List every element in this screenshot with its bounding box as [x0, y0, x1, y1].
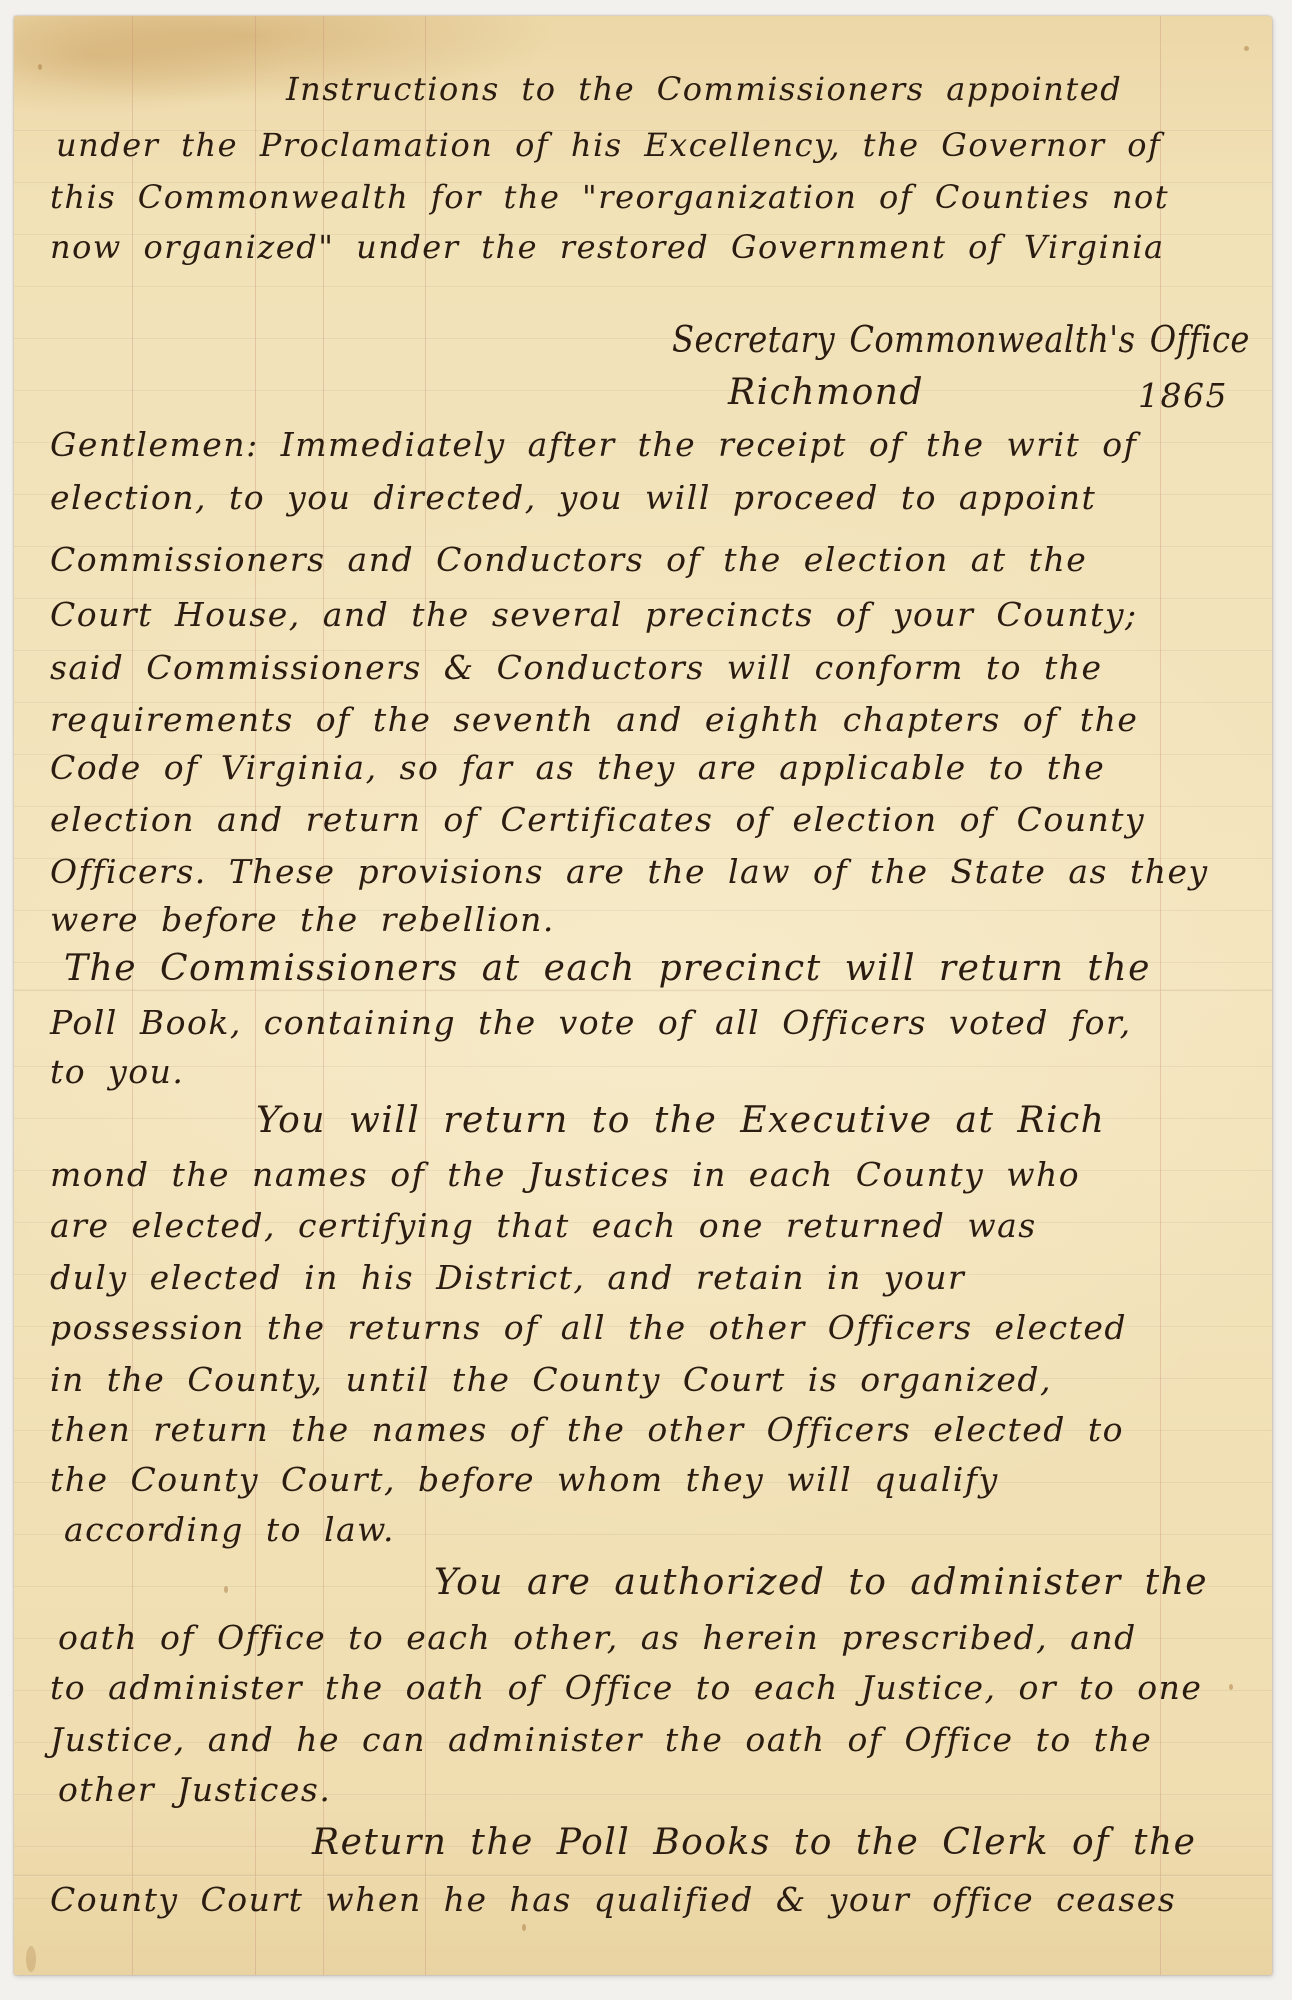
body-line: You are authorized to administer the: [434, 1562, 1208, 1603]
paper-fold: [14, 989, 1272, 992]
body-line: according to law.: [64, 1510, 395, 1549]
body-line: Poll Book, containing the vote of all Of…: [50, 1003, 1132, 1042]
body-line: Court House, and the several precincts o…: [50, 595, 1138, 634]
body-line: other Justices.: [58, 1770, 331, 1809]
body-line: election, to you directed, you will proc…: [50, 478, 1096, 517]
paper-speck: [38, 64, 42, 70]
body-line: Return the Poll Books to the Clerk of th…: [312, 1822, 1196, 1863]
body-line: duly elected in his District, and retain…: [50, 1258, 965, 1297]
body-line: Code of Virginia, so far as they are app…: [50, 748, 1105, 787]
body-line: Officers. These provisions are the law o…: [50, 852, 1209, 891]
title-line: under the Proclamation of his Excellency…: [56, 126, 1161, 164]
paper-speck: [1229, 1684, 1233, 1690]
ruled-line-horizontal: [14, 390, 1272, 391]
title-line: Instructions to the Commissioners appoin…: [286, 70, 1122, 108]
place-name: Richmond: [728, 372, 924, 413]
office-name: Secretary Commonwealth's Office: [672, 320, 1250, 361]
title-line: this Commonwealth for the "reorganizatio…: [50, 178, 1169, 216]
body-line: the County Court, before whom they will …: [50, 1460, 999, 1499]
body-line: in the County, until the County Court is…: [50, 1360, 1052, 1399]
body-line: said Commissioners & Conductors will con…: [50, 648, 1103, 687]
ruled-line-horizontal: [14, 286, 1272, 287]
body-line: are elected, certifying that each one re…: [50, 1206, 1037, 1245]
body-line: Justice, and he can administer the oath …: [50, 1720, 1152, 1759]
paper-speck: [1244, 46, 1249, 51]
body-line: then return the names of the other Offic…: [50, 1410, 1124, 1449]
body-line: election and return of Certificates of e…: [50, 800, 1145, 839]
title-line: now organized" under the restored Govern…: [50, 228, 1165, 266]
body-line: were before the rebellion.: [50, 900, 555, 939]
body-line: possession the returns of all the other …: [50, 1308, 1127, 1347]
body-line: requirements of the seventh and eighth c…: [50, 700, 1138, 739]
body-line: mond the names of the Justices in each C…: [50, 1155, 1080, 1194]
ruled-line-horizontal: [14, 1066, 1272, 1067]
body-line: Commissioners and Conductors of the elec…: [50, 540, 1087, 579]
paper-fold: [14, 1874, 1272, 1877]
body-line: County Court when he has qualified & you…: [50, 1880, 1176, 1919]
body-line: oath of Office to each other, as herein …: [58, 1618, 1137, 1657]
body-line: You will return to the Executive at Rich: [256, 1100, 1105, 1141]
paper-speck: [26, 1946, 36, 1972]
body-line: to administer the oath of Office to each…: [50, 1668, 1202, 1707]
date-year: 1865: [1138, 376, 1228, 415]
body-line: Gentlemen: Immediately after the receipt…: [50, 425, 1137, 464]
body-line: The Commissioners at each precinct will …: [64, 948, 1151, 989]
paper-speck: [224, 1586, 228, 1593]
body-line: to you.: [50, 1052, 184, 1091]
paper-speck: [522, 1924, 526, 1931]
